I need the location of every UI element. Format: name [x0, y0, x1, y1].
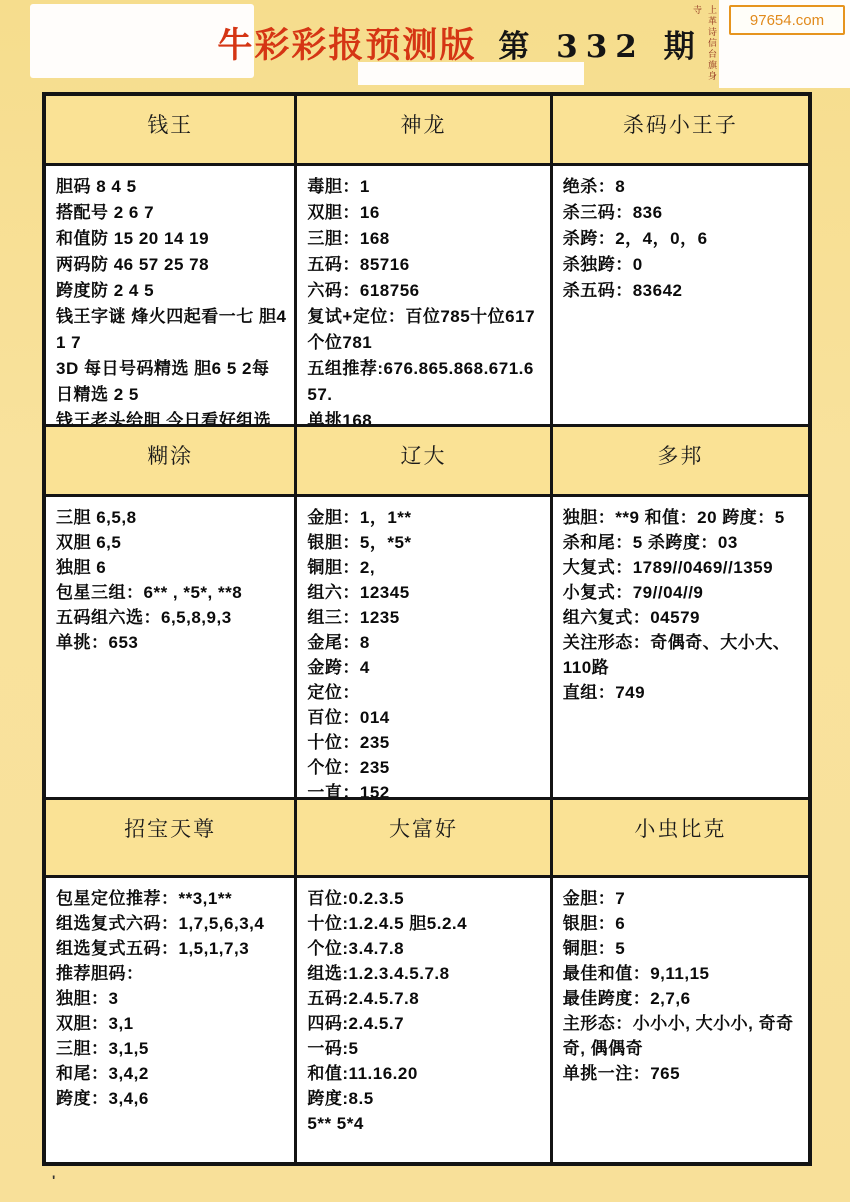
prediction-line: 单挑一注：765	[563, 1061, 800, 1086]
section-qianwang: 钱王 胆码 8 4 5 搭配号 2 6 7 和值防 15 20 14 19 两码…	[46, 96, 294, 424]
prediction-line: 五码:2.4.5.7.8	[307, 986, 541, 1011]
prediction-line: 五码：85716	[307, 252, 541, 278]
prediction-line: 十位：235	[307, 730, 541, 755]
section-shenlong: 神龙 毒胆：1 双胆：16 三胆：168 五码：85716 六码：618756 …	[297, 96, 549, 424]
prediction-line: 和值防 15 20 14 19	[56, 226, 286, 252]
section-content: 包星定位推荐：**3,1** 组选复式六码：1,7,5,6,3,4 组选复式五码…	[46, 878, 294, 1162]
prediction-line: 双胆：3,1	[56, 1011, 286, 1036]
corner-artifact: '	[52, 1172, 55, 1188]
blank-logo-area	[30, 4, 254, 78]
prediction-line: 和值:11.16.20	[307, 1061, 541, 1086]
prediction-line: 四码:2.4.5.7	[307, 1011, 541, 1036]
section-title: 糊涂	[46, 427, 294, 497]
section-content: 三胆 6,5,8 双胆 6,5 独胆 6 包星三组：6** , *5*, **8…	[46, 497, 294, 797]
prediction-line: 独胆：3	[56, 986, 286, 1011]
watermark-site-link[interactable]: 97654.com	[729, 5, 845, 35]
prediction-line: 单挑168	[307, 408, 541, 424]
prediction-line: 和尾：3,4,2	[56, 1061, 286, 1086]
prediction-line: 金胆：7	[563, 886, 800, 911]
prediction-line: 推荐胆码：	[56, 961, 286, 986]
prediction-line: 金跨：4	[307, 655, 541, 680]
prediction-line: 定位：	[307, 680, 541, 705]
prediction-line: 金胆：1，1**	[307, 505, 541, 530]
prediction-line: 五组推荐:676.865.868.671.657.	[307, 356, 541, 408]
section-title: 辽大	[297, 427, 549, 497]
section-liaoda: 辽大 金胆：1，1** 银胆：5，*5* 铜胆：2, 组六：12345 组三：1…	[297, 427, 549, 797]
prediction-line: 双胆：16	[307, 200, 541, 226]
prediction-line: 三胆：3,1,5	[56, 1036, 286, 1061]
section-content: 百位:0.2.3.5 十位:1.2.4.5 胆5.2.4 个位:3.4.7.8 …	[297, 878, 549, 1162]
prediction-line: 杀独跨：0	[563, 252, 800, 278]
prediction-line: 包星三组：6** , *5*, **8	[56, 580, 286, 605]
prediction-line: 单挑：653	[56, 630, 286, 655]
section-xiaochong-bike: 小虫比克 金胆：7 银胆：6 铜胆：5 最佳和值：9,11,15 最佳跨度：2,…	[553, 800, 808, 1162]
section-shama-xiaowangzi: 杀码小王子 绝杀：8 杀三码：836 杀跨：2，4，0，6 杀独跨：0 杀五码：…	[553, 96, 808, 424]
prediction-line: 组六：12345	[307, 580, 541, 605]
section-zhaobao-tianzun: 招宝天尊 包星定位推荐：**3,1** 组选复式六码：1,7,5,6,3,4 组…	[46, 800, 294, 1162]
prediction-line: 组三：1235	[307, 605, 541, 630]
prediction-line: 独胆 6	[56, 555, 286, 580]
prediction-line: 关注形态：奇偶奇、大小大、110路	[563, 630, 800, 680]
prediction-line: 金尾：8	[307, 630, 541, 655]
issue-number: 第 332 期	[498, 21, 702, 66]
vertical-watermark: 上革诗信台旗身寺	[703, 5, 718, 85]
section-title: 招宝天尊	[46, 800, 294, 878]
section-hutu: 糊涂 三胆 6,5,8 双胆 6,5 独胆 6 包星三组：6** , *5*, …	[46, 427, 294, 797]
section-title: 神龙	[297, 96, 549, 166]
prediction-line: 两码防 46 57 25 78	[56, 252, 286, 278]
prediction-line: 组六复式：04579	[563, 605, 800, 630]
section-title: 钱王	[46, 96, 294, 166]
prediction-line: 小复式：79//04//9	[563, 580, 800, 605]
prediction-line: 5** 5*4	[307, 1111, 541, 1136]
prediction-line: 复试+定位：百位785十位617个位781	[307, 304, 541, 356]
prediction-line: 绝杀：8	[563, 174, 800, 200]
section-content: 绝杀：8 杀三码：836 杀跨：2，4，0，6 杀独跨：0 杀五码：83642	[553, 166, 808, 424]
prediction-line: 搭配号 2 6 7	[56, 200, 286, 226]
section-title: 杀码小王子	[553, 96, 808, 166]
prediction-table: 钱王 胆码 8 4 5 搭配号 2 6 7 和值防 15 20 14 19 两码…	[42, 92, 812, 1166]
prediction-line: 跨度：3,4,6	[56, 1086, 286, 1111]
section-title: 大富好	[297, 800, 549, 878]
prediction-line: 主形态：小小小, 大小小, 奇奇奇, 偶偶奇	[563, 1011, 800, 1061]
prediction-line: 铜胆：5	[563, 936, 800, 961]
section-content: 金胆：1，1** 银胆：5，*5* 铜胆：2, 组六：12345 组三：1235…	[297, 497, 549, 797]
prediction-line: 银胆：6	[563, 911, 800, 936]
prediction-line: 三胆：168	[307, 226, 541, 252]
section-content: 金胆：7 银胆：6 铜胆：5 最佳和值：9,11,15 最佳跨度：2,7,6 主…	[553, 878, 808, 1162]
prediction-line: 个位：235	[307, 755, 541, 780]
prediction-line: 大复式：1789//0469//1359	[563, 555, 800, 580]
section-dafuhao: 大富好 百位:0.2.3.5 十位:1.2.4.5 胆5.2.4 个位:3.4.…	[297, 800, 549, 1162]
prediction-line: 一直：152	[307, 780, 541, 797]
prediction-line: 百位:0.2.3.5	[307, 886, 541, 911]
page-title: 牛彩彩报预测版	[217, 18, 476, 68]
section-duobang: 多邦 独胆：**9 和值：20 跨度：5 杀和尾：5 杀跨度：03 大复式：17…	[553, 427, 808, 797]
prediction-line: 杀跨：2，4，0，6	[563, 226, 800, 252]
prediction-line: 个位:3.4.7.8	[307, 936, 541, 961]
prediction-line: 最佳跨度：2,7,6	[563, 986, 800, 1011]
prediction-line: 组选:1.2.3.4.5.7.8	[307, 961, 541, 986]
prediction-line: 独胆：**9 和值：20 跨度：5 杀和尾：5 杀跨度：03	[563, 505, 800, 555]
prediction-line: 组选复式五码：1,5,1,7,3	[56, 936, 286, 961]
blank-strip	[358, 62, 584, 85]
prediction-line: 杀五码：83642	[563, 278, 800, 304]
section-content: 毒胆：1 双胆：16 三胆：168 五码：85716 六码：618756 复试+…	[297, 166, 549, 424]
prediction-line: 胆码 8 4 5	[56, 174, 286, 200]
prediction-line: 最佳和值：9,11,15	[563, 961, 800, 986]
prediction-line: 跨度:8.5	[307, 1086, 541, 1111]
prediction-line: 组选复式六码：1,7,5,6,3,4	[56, 911, 286, 936]
prediction-line: 包星定位推荐：**3,1**	[56, 886, 286, 911]
section-title: 小虫比克	[553, 800, 808, 878]
prediction-line: 铜胆：2,	[307, 555, 541, 580]
prediction-line: 双胆 6,5	[56, 530, 286, 555]
section-content: 独胆：**9 和值：20 跨度：5 杀和尾：5 杀跨度：03 大复式：1789/…	[553, 497, 808, 797]
prediction-line: 毒胆：1	[307, 174, 541, 200]
prediction-line: 一码:5	[307, 1036, 541, 1061]
prediction-line: 六码：618756	[307, 278, 541, 304]
prediction-line: 钱王老头给胆 今日看好组选 ：8 2 4百位8 十位2 个位4	[56, 408, 286, 424]
prediction-line: 银胆：5，*5*	[307, 530, 541, 555]
section-title: 多邦	[553, 427, 808, 497]
prediction-line: 直组：749	[563, 680, 800, 705]
section-content: 胆码 8 4 5 搭配号 2 6 7 和值防 15 20 14 19 两码防 4…	[46, 166, 294, 424]
prediction-line: 3D 每日号码精选 胆6 5 2每日精选 2 5	[56, 356, 286, 408]
prediction-line: 钱王字谜 烽火四起看一七 胆4 1 7	[56, 304, 286, 356]
prediction-line: 五码组六选：6,5,8,9,3	[56, 605, 286, 630]
prediction-line: 百位：014	[307, 705, 541, 730]
prediction-line: 十位:1.2.4.5 胆5.2.4	[307, 911, 541, 936]
prediction-line: 跨度防 2 4 5	[56, 278, 286, 304]
prediction-line: 杀三码：836	[563, 200, 800, 226]
prediction-line: 三胆 6,5,8	[56, 505, 286, 530]
